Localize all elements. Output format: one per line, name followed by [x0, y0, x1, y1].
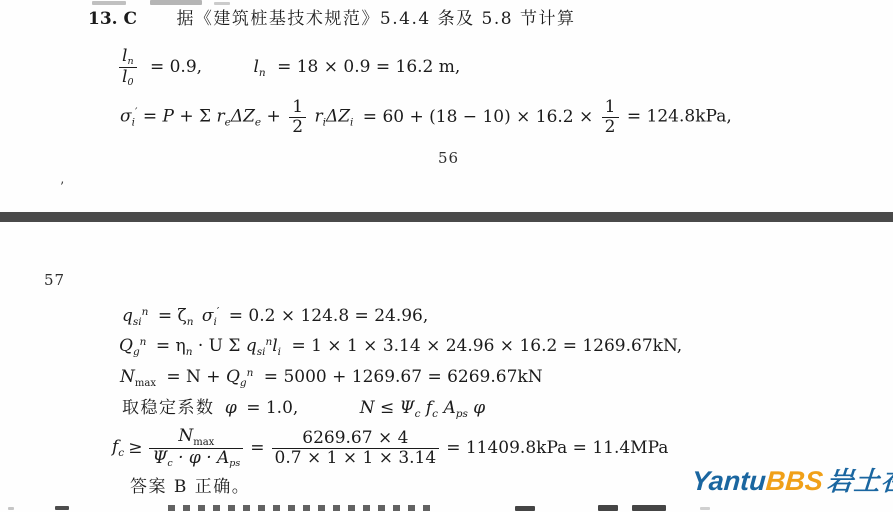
math-subscript: n: [187, 316, 194, 328]
math-subscript: i: [278, 346, 281, 358]
math-subscript: si: [133, 316, 142, 328]
cut-text-artifact: [150, 0, 202, 5]
math-subscript: c: [118, 447, 124, 459]
cut-text-artifact: [168, 505, 432, 511]
math-text: = 60 + (18 − 10) × 16.2 ×: [363, 107, 593, 127]
math-var: N: [178, 426, 193, 446]
math-text: = N +: [166, 367, 226, 387]
math-subscript: g: [133, 346, 140, 358]
math-superscript: n: [140, 336, 147, 348]
page-break-divider: [0, 212, 893, 222]
math-den: 0.7 × 1 × 1 × 3.14: [272, 449, 440, 468]
math-num: 1: [602, 98, 619, 118]
math-var: q: [246, 336, 257, 356]
math-text: · φ · A: [173, 448, 230, 468]
math-var: r: [314, 107, 322, 127]
formula-qsi: qsin = ζn σi′ = 0.2 × 124.8 = 24.96,: [122, 305, 428, 329]
math-text: =: [143, 107, 163, 127]
math-subscript: n: [259, 67, 266, 79]
cut-text-artifact: [8, 507, 14, 510]
math-subscript: ps: [456, 408, 468, 420]
formula-qg: Qgn = ηn · U Σ qsinli = 1 × 1 × 3.14 × 2…: [119, 336, 682, 359]
math-subscript: n: [127, 56, 133, 67]
math-text: = 0.2 × 124.8 = 24.96,: [229, 306, 429, 326]
math-subscript: i: [350, 117, 353, 129]
math-text: = 18 × 0.9 = 16.2 m,: [277, 57, 460, 77]
math-var: N: [120, 367, 135, 387]
math-var: φ: [473, 398, 485, 418]
math-var: Q: [119, 336, 133, 356]
fraction-one-half: 1 2: [289, 98, 306, 136]
cut-text-artifact: [632, 505, 666, 511]
watermark-yantu-text: Yantu: [691, 466, 767, 496]
cut-text-artifact: [92, 1, 126, 5]
scanned-document-page: 13. C 据《建筑桩基技术规范》5.4.4 条及 5.8 节计算 ln l0 …: [0, 0, 893, 512]
math-subscript: g: [240, 377, 247, 389]
math-text: = 0.9,: [150, 57, 202, 77]
math-var: σ: [202, 306, 214, 326]
fraction-nmax: Nmax Ψc · φ · Aps: [149, 427, 243, 469]
question-number: 13. C: [88, 9, 137, 29]
math-var: q: [122, 306, 133, 326]
math-var: φ: [225, 398, 237, 418]
page-number-56: 56: [438, 149, 459, 167]
math-subscript: 0: [127, 77, 133, 88]
page-number-57: 57: [44, 271, 65, 289]
math-subscript: c: [415, 408, 421, 420]
fraction-ln-l0: ln l0: [119, 47, 137, 89]
math-subscript: e: [255, 117, 261, 129]
math-subscript: n: [186, 346, 193, 358]
math-subscript: max: [135, 378, 156, 389]
math-superscript: n: [247, 367, 254, 379]
math-text: = η: [156, 336, 186, 356]
fraction-values: 6269.67 × 4 0.7 × 1 × 1 × 3.14: [272, 429, 440, 467]
question-13-heading: 13. C 据《建筑桩基技术规范》5.4.4 条及 5.8 节计算: [88, 9, 575, 29]
formula-nmax: Nmax = N + Qgn = 5000 + 1269.67 = 6269.6…: [120, 367, 543, 390]
formula-sigma: σi′ = P + Σ reΔZe + 1 2 riΔZi = 60 + (18…: [120, 98, 732, 136]
math-geq: ≥: [128, 438, 142, 458]
math-prime: ′: [217, 305, 220, 318]
math-text: = ζ: [158, 306, 187, 326]
cut-text-artifact: [700, 507, 710, 510]
watermark-bbs-text: BBS: [765, 466, 824, 496]
cut-text-artifact: [515, 506, 535, 511]
cut-text-artifact: [214, 2, 230, 5]
formula-stability: 取稳定系数 φ = 1.0, N ≤ Ψc fc Aps φ: [122, 398, 485, 421]
formula-fc: fc ≥ Nmax Ψc · φ · Aps = 6269.67 × 4 0.7…: [112, 427, 668, 469]
math-subscript: max: [193, 437, 214, 448]
math-subscript: c: [432, 408, 438, 420]
math-text: + Σ: [174, 107, 211, 127]
math-num: 1: [289, 98, 306, 118]
math-var: Ψ: [152, 448, 167, 468]
yantubbs-watermark: YantuBBS岩土在线: [691, 461, 893, 498]
math-var: r: [216, 107, 224, 127]
math-subscript: ps: [229, 458, 240, 469]
math-text: N ≤ Ψ: [360, 398, 415, 418]
math-var: A: [443, 398, 455, 418]
fraction-one-half: 1 2: [602, 98, 619, 136]
cut-text-artifact: [55, 506, 69, 510]
stability-label: 取稳定系数: [122, 398, 215, 418]
stray-mark: ’: [60, 180, 64, 195]
math-text: = 1.0,: [246, 398, 298, 418]
math-den: 2: [289, 118, 306, 137]
formula-ln-ratio: ln l0 = 0.9, ln = 18 × 0.9 = 16.2 m,: [116, 47, 460, 89]
math-equals: =: [250, 438, 264, 458]
math-prime: ′: [135, 106, 138, 119]
watermark-cjk-text: 岩土在线: [826, 466, 893, 496]
math-text: · U Σ: [198, 336, 246, 356]
math-var: σ: [120, 107, 132, 127]
math-text: = 1 × 1 × 3.14 × 24.96 × 16.2 = 1269.67k…: [291, 336, 682, 356]
cut-text-artifact: [598, 505, 618, 511]
math-var: Q: [226, 367, 240, 387]
question-reference-text: 据《建筑桩基技术规范》5.4.4 条及 5.8 节计算: [176, 9, 575, 29]
math-text: = 11409.8kPa = 11.4MPa: [446, 438, 668, 458]
math-text: +: [267, 107, 287, 127]
math-var: ΔZ: [326, 107, 350, 127]
math-superscript: n: [142, 306, 149, 318]
math-var: ΔZ: [231, 107, 255, 127]
math-var: P: [163, 107, 174, 127]
math-den: 2: [602, 118, 619, 137]
answer-line: 答案 B 正确。: [130, 477, 250, 497]
math-text: = 124.8kPa,: [627, 107, 732, 127]
math-text: = 5000 + 1269.67 = 6269.67kN: [264, 367, 543, 387]
math-num: 6269.67 × 4: [272, 429, 440, 449]
